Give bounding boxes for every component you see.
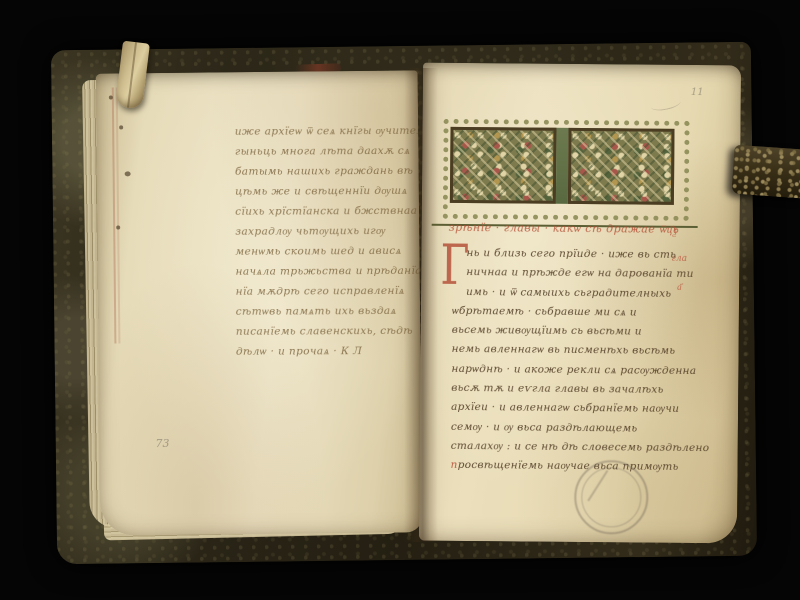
manuscript-line: иже архїеѡ ѿ сеѧ кнїгы ѹчителмь	[235, 121, 421, 142]
manuscript-line: нарѡднѣ · и акоже рекли сѧ расѹжденна	[451, 360, 707, 382]
manuscript-line: батымь нашихь граждань вѣ	[235, 161, 421, 182]
pencil-page-number: 11	[691, 87, 704, 98]
pencil-folio-number: 73	[155, 437, 169, 450]
ruling-line	[112, 88, 117, 344]
sewing-dot	[116, 225, 120, 229]
manuscript-line: вьсѫ тѫ и еѵгла главы вь зачалѣхь	[451, 379, 707, 401]
headpiece-panels	[450, 127, 675, 205]
manuscript-line: писанїемь славенскихь, сѣдѣ	[236, 321, 422, 342]
pencil-scribble	[650, 96, 682, 113]
manuscript-line: вьсемь живѹщїимь сь вьсѣми и	[452, 321, 708, 343]
manuscript-line: сїихь хрїстїанска и бжствнаа	[235, 201, 421, 222]
manuscript-line: сталахѹ : и се нѣ дѣ словесемь раздѣлено	[451, 437, 707, 459]
manuscript-line: цѣмь же и свѣщеннїи дѹшѧ	[235, 181, 421, 202]
manuscript-line: имь · и ѿ самыихь сьградителныхь	[452, 282, 708, 304]
headpiece-divider	[556, 128, 569, 204]
illuminated-headpiece	[443, 119, 690, 221]
manuscript-line: ничнаа и прѣжде егѡ на дарованїа ти	[452, 263, 708, 285]
right-page: зрѣнїе · главы · какѡ сѣ дражае ѿц҃ь Г ѯ…	[419, 63, 741, 544]
manuscript-photo: иже архїеѡ ѿ сеѧ кнїгы ѹчителмь гыньць м…	[0, 0, 800, 600]
sewing-dot	[109, 96, 113, 100]
left-page-text: иже архїеѡ ѿ сеѧ кнїгы ѹчителмь гыньць м…	[235, 121, 422, 362]
manuscript-line: нь и близь сего прїиде · иже вь сть	[452, 244, 708, 266]
clasp-strap	[731, 145, 800, 199]
manuscript-line: архїеи · и авленнагѡ сьбранїемь наѹчи	[451, 398, 707, 420]
manuscript-line: ѡбрѣтаемѣ · сьбравше ми сѧ и	[452, 302, 708, 324]
manuscript-line: сѣтѡвь памѧть ихь вьздаѧ	[236, 301, 422, 322]
manuscript-line: немь авленнагѡ вь писменѣхь вьсѣмь	[452, 340, 708, 362]
red-marginal-gloss: ѯ҃	[673, 227, 677, 238]
manuscript-line: гыньць многа лѣта даахѫ сѧ	[235, 141, 421, 162]
right-page-text: нь и близь сего прїиде · иже вь сть ничн…	[450, 244, 708, 478]
manuscript-line: дѣлѡ · и прочаѧ · К Л	[236, 341, 422, 362]
manuscript-line: просвѣщенїемь наѹчае вьса примѹть	[450, 456, 706, 478]
manuscript-line-text: росвѣщенїемь наѹчае вьса примѹть	[458, 459, 679, 473]
manuscript-line: нїа мѫдрѣ сего исправленїѧ	[236, 281, 422, 302]
ink-speck	[125, 171, 131, 176]
manuscript-line: начѧла трьжьства и прѣданїа	[235, 261, 421, 282]
interlace-panel-right	[568, 128, 675, 205]
library-stamp-icon	[574, 460, 649, 535]
sewing-dot	[119, 125, 123, 129]
manuscript-line: семѹ · и ѹ вьса раздѣлающемь	[451, 418, 707, 440]
gutter-shadow	[404, 68, 438, 542]
interlace-panel-left	[450, 127, 557, 204]
red-rubric-title: зрѣнїе · главы · какѡ сѣ дражае ѿц҃ь	[449, 221, 680, 236]
manuscript-line: захрадлѹ чьтѹщихь игѹ	[235, 221, 421, 242]
left-page: иже архїеѡ ѿ сеѧ кнїгы ѹчителмь гыньць м…	[96, 70, 423, 535]
manuscript-line: менѡмь скоимь шед и ависѧ	[235, 241, 421, 262]
